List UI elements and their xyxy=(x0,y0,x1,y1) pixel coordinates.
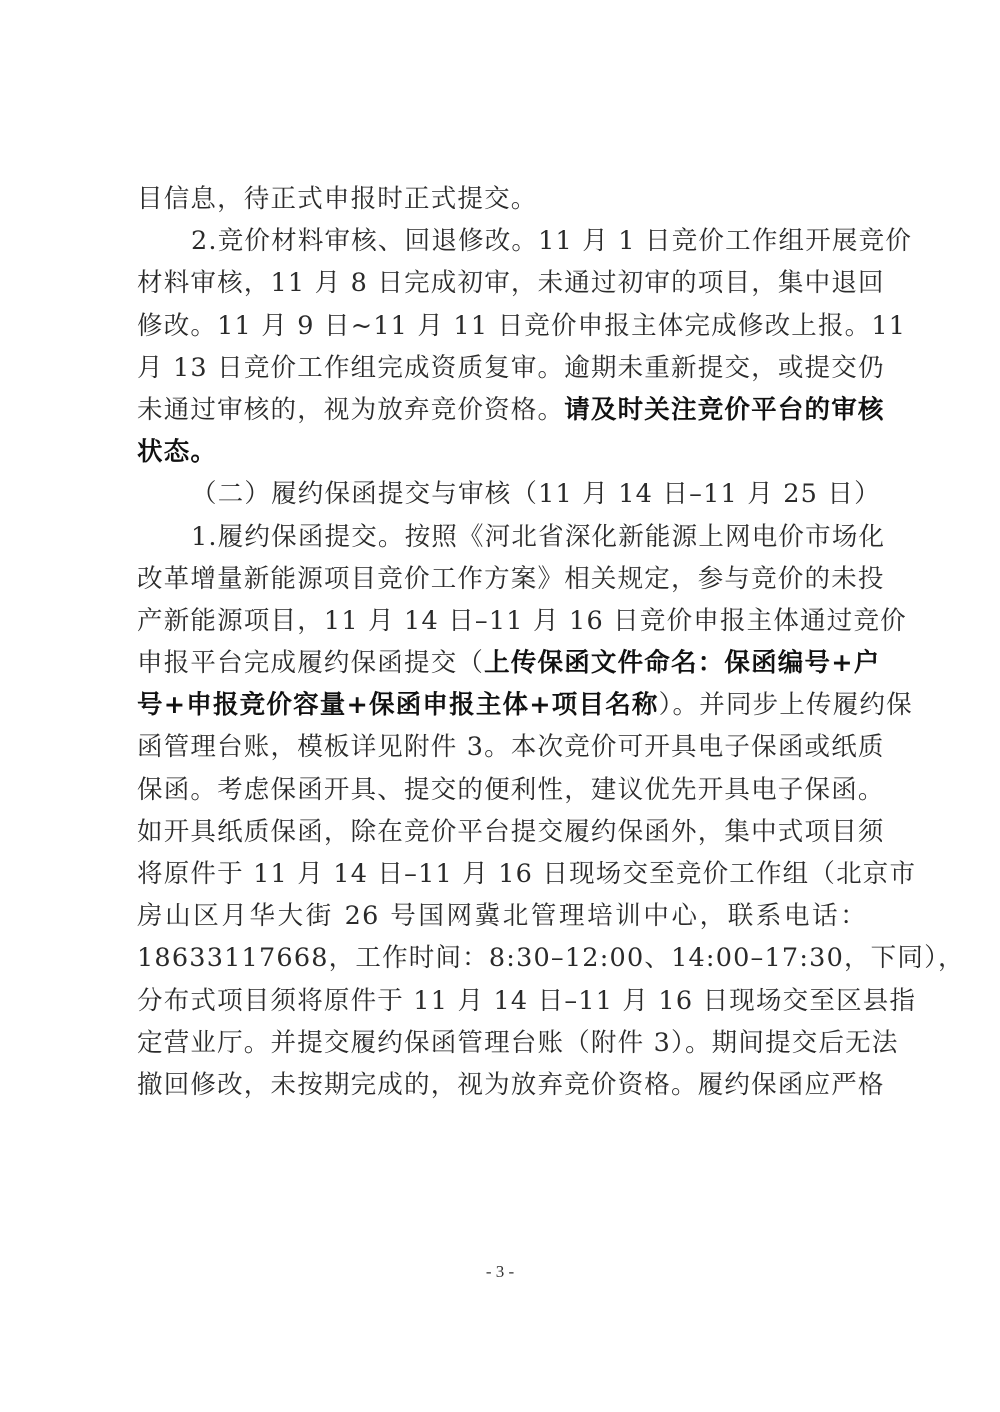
body-text: 2.竞价材料审核、回退修改。11 月 1 日竞价工作组开展竞价 xyxy=(191,226,912,256)
body-text: 18633117668，工作时间：8:30–12:00、14:00–17:30，… xyxy=(137,943,965,973)
body-text: （二）履约保函提交与审核（11 月 14 日–11 月 25 日） xyxy=(191,479,881,509)
emphasized-text: 上传保函文件命名：保函编号+户 xyxy=(484,648,880,678)
text-line: 号+申报竞价容量+保函申报主体+项目名称）。并同步上传履约保 xyxy=(137,684,867,726)
body-text: 1.履约保函提交。按照《河北省深化新能源上网电价市场化 xyxy=(191,522,885,552)
body-text: 定营业厅。并提交履约保函管理台账（附件 3）。期间提交后无法 xyxy=(137,1028,899,1058)
document-body: 目信息，待正式申报时正式提交。2.竞价材料审核、回退修改。11 月 1 日竞价工… xyxy=(137,178,867,1106)
text-line: 函管理台账，模板详见附件 3。本次竞价可开具电子保函或纸质 xyxy=(137,726,867,768)
body-text: 将原件于 11 月 14 日–11 月 16 日现场交至竞价工作组（北京市 xyxy=(137,859,916,889)
body-text: ）。并同步上传履约保 xyxy=(659,690,913,720)
emphasized-text: 号+申报竞价容量+保函申报主体+项目名称 xyxy=(137,690,659,720)
text-line: 如开具纸质保函，除在竞价平台提交履约保函外，集中式项目须 xyxy=(137,811,867,853)
text-line: 改革增量新能源项目竞价工作方案》相关规定，参与竞价的未投 xyxy=(137,558,867,600)
body-text: 材料审核，11 月 8 日完成初审，未通过初审的项目，集中退回 xyxy=(137,268,885,298)
section-heading: （二）履约保函提交与审核（11 月 14 日–11 月 25 日） xyxy=(137,473,867,515)
body-text: 申报平台完成履约保函提交（ xyxy=(137,648,484,678)
text-line: 分布式项目须将原件于 11 月 14 日–11 月 16 日现场交至区县指 xyxy=(137,980,867,1022)
text-line: 申报平台完成履约保函提交（上传保函文件命名：保函编号+户 xyxy=(137,642,867,684)
text-line: 未通过审核的，视为放弃竞价资格。请及时关注竞价平台的审核 xyxy=(137,389,867,431)
body-text: 函管理台账，模板详见附件 3。本次竞价可开具电子保函或纸质 xyxy=(137,732,885,762)
body-text: 改革增量新能源项目竞价工作方案》相关规定，参与竞价的未投 xyxy=(137,564,885,594)
body-text: 保函。考虑保函开具、提交的便利性，建议优先开具电子保函。 xyxy=(137,775,885,805)
text-line: 材料审核，11 月 8 日完成初审，未通过初审的项目，集中退回 xyxy=(137,262,867,304)
text-line: 18633117668，工作时间：8:30–12:00、14:00–17:30，… xyxy=(137,937,867,979)
body-text: 修改。11 月 9 日~11 月 11 日竞价申报主体完成修改上报。11 xyxy=(137,311,906,341)
text-line: 2.竞价材料审核、回退修改。11 月 1 日竞价工作组开展竞价 xyxy=(137,220,867,262)
text-line: 产新能源项目，11 月 14 日–11 月 16 日竞价申报主体通过竞价 xyxy=(137,600,867,642)
body-text: 月 13 日竞价工作组完成资质复审。逾期未重新提交，或提交仍 xyxy=(137,353,885,383)
emphasized-text: 状态。 xyxy=(137,437,217,467)
body-text: 分布式项目须将原件于 11 月 14 日–11 月 16 日现场交至区县指 xyxy=(137,986,916,1016)
text-line: 状态。 xyxy=(137,431,867,473)
text-line: 房山区月华大街 26 号国网冀北管理培训中心，联系电话： xyxy=(137,895,867,937)
text-line: 月 13 日竞价工作组完成资质复审。逾期未重新提交，或提交仍 xyxy=(137,347,867,389)
body-text: 目信息，待正式申报时正式提交。 xyxy=(137,184,538,214)
text-line: 1.履约保函提交。按照《河北省深化新能源上网电价市场化 xyxy=(137,516,867,558)
text-line: 定营业厅。并提交履约保函管理台账（附件 3）。期间提交后无法 xyxy=(137,1022,867,1064)
body-text: 产新能源项目，11 月 14 日–11 月 16 日竞价申报主体通过竞价 xyxy=(137,606,907,636)
body-text: 未通过审核的，视为放弃竞价资格。 xyxy=(137,395,564,425)
page-number: - 3 - xyxy=(0,1262,1000,1282)
text-line: 修改。11 月 9 日~11 月 11 日竞价申报主体完成修改上报。11 xyxy=(137,305,867,347)
text-line: 撤回修改，未按期完成的，视为放弃竞价资格。履约保函应严格 xyxy=(137,1064,867,1106)
text-line: 目信息，待正式申报时正式提交。 xyxy=(137,178,867,220)
body-text: 如开具纸质保函，除在竞价平台提交履约保函外，集中式项目须 xyxy=(137,817,885,847)
text-line: 保函。考虑保函开具、提交的便利性，建议优先开具电子保函。 xyxy=(137,769,867,811)
body-text: 房山区月华大街 26 号国网冀北管理培训中心，联系电话： xyxy=(137,901,867,931)
text-line: 将原件于 11 月 14 日–11 月 16 日现场交至竞价工作组（北京市 xyxy=(137,853,867,895)
body-text: 撤回修改，未按期完成的，视为放弃竞价资格。履约保函应严格 xyxy=(137,1070,885,1100)
emphasized-text: 请及时关注竞价平台的审核 xyxy=(564,395,884,425)
